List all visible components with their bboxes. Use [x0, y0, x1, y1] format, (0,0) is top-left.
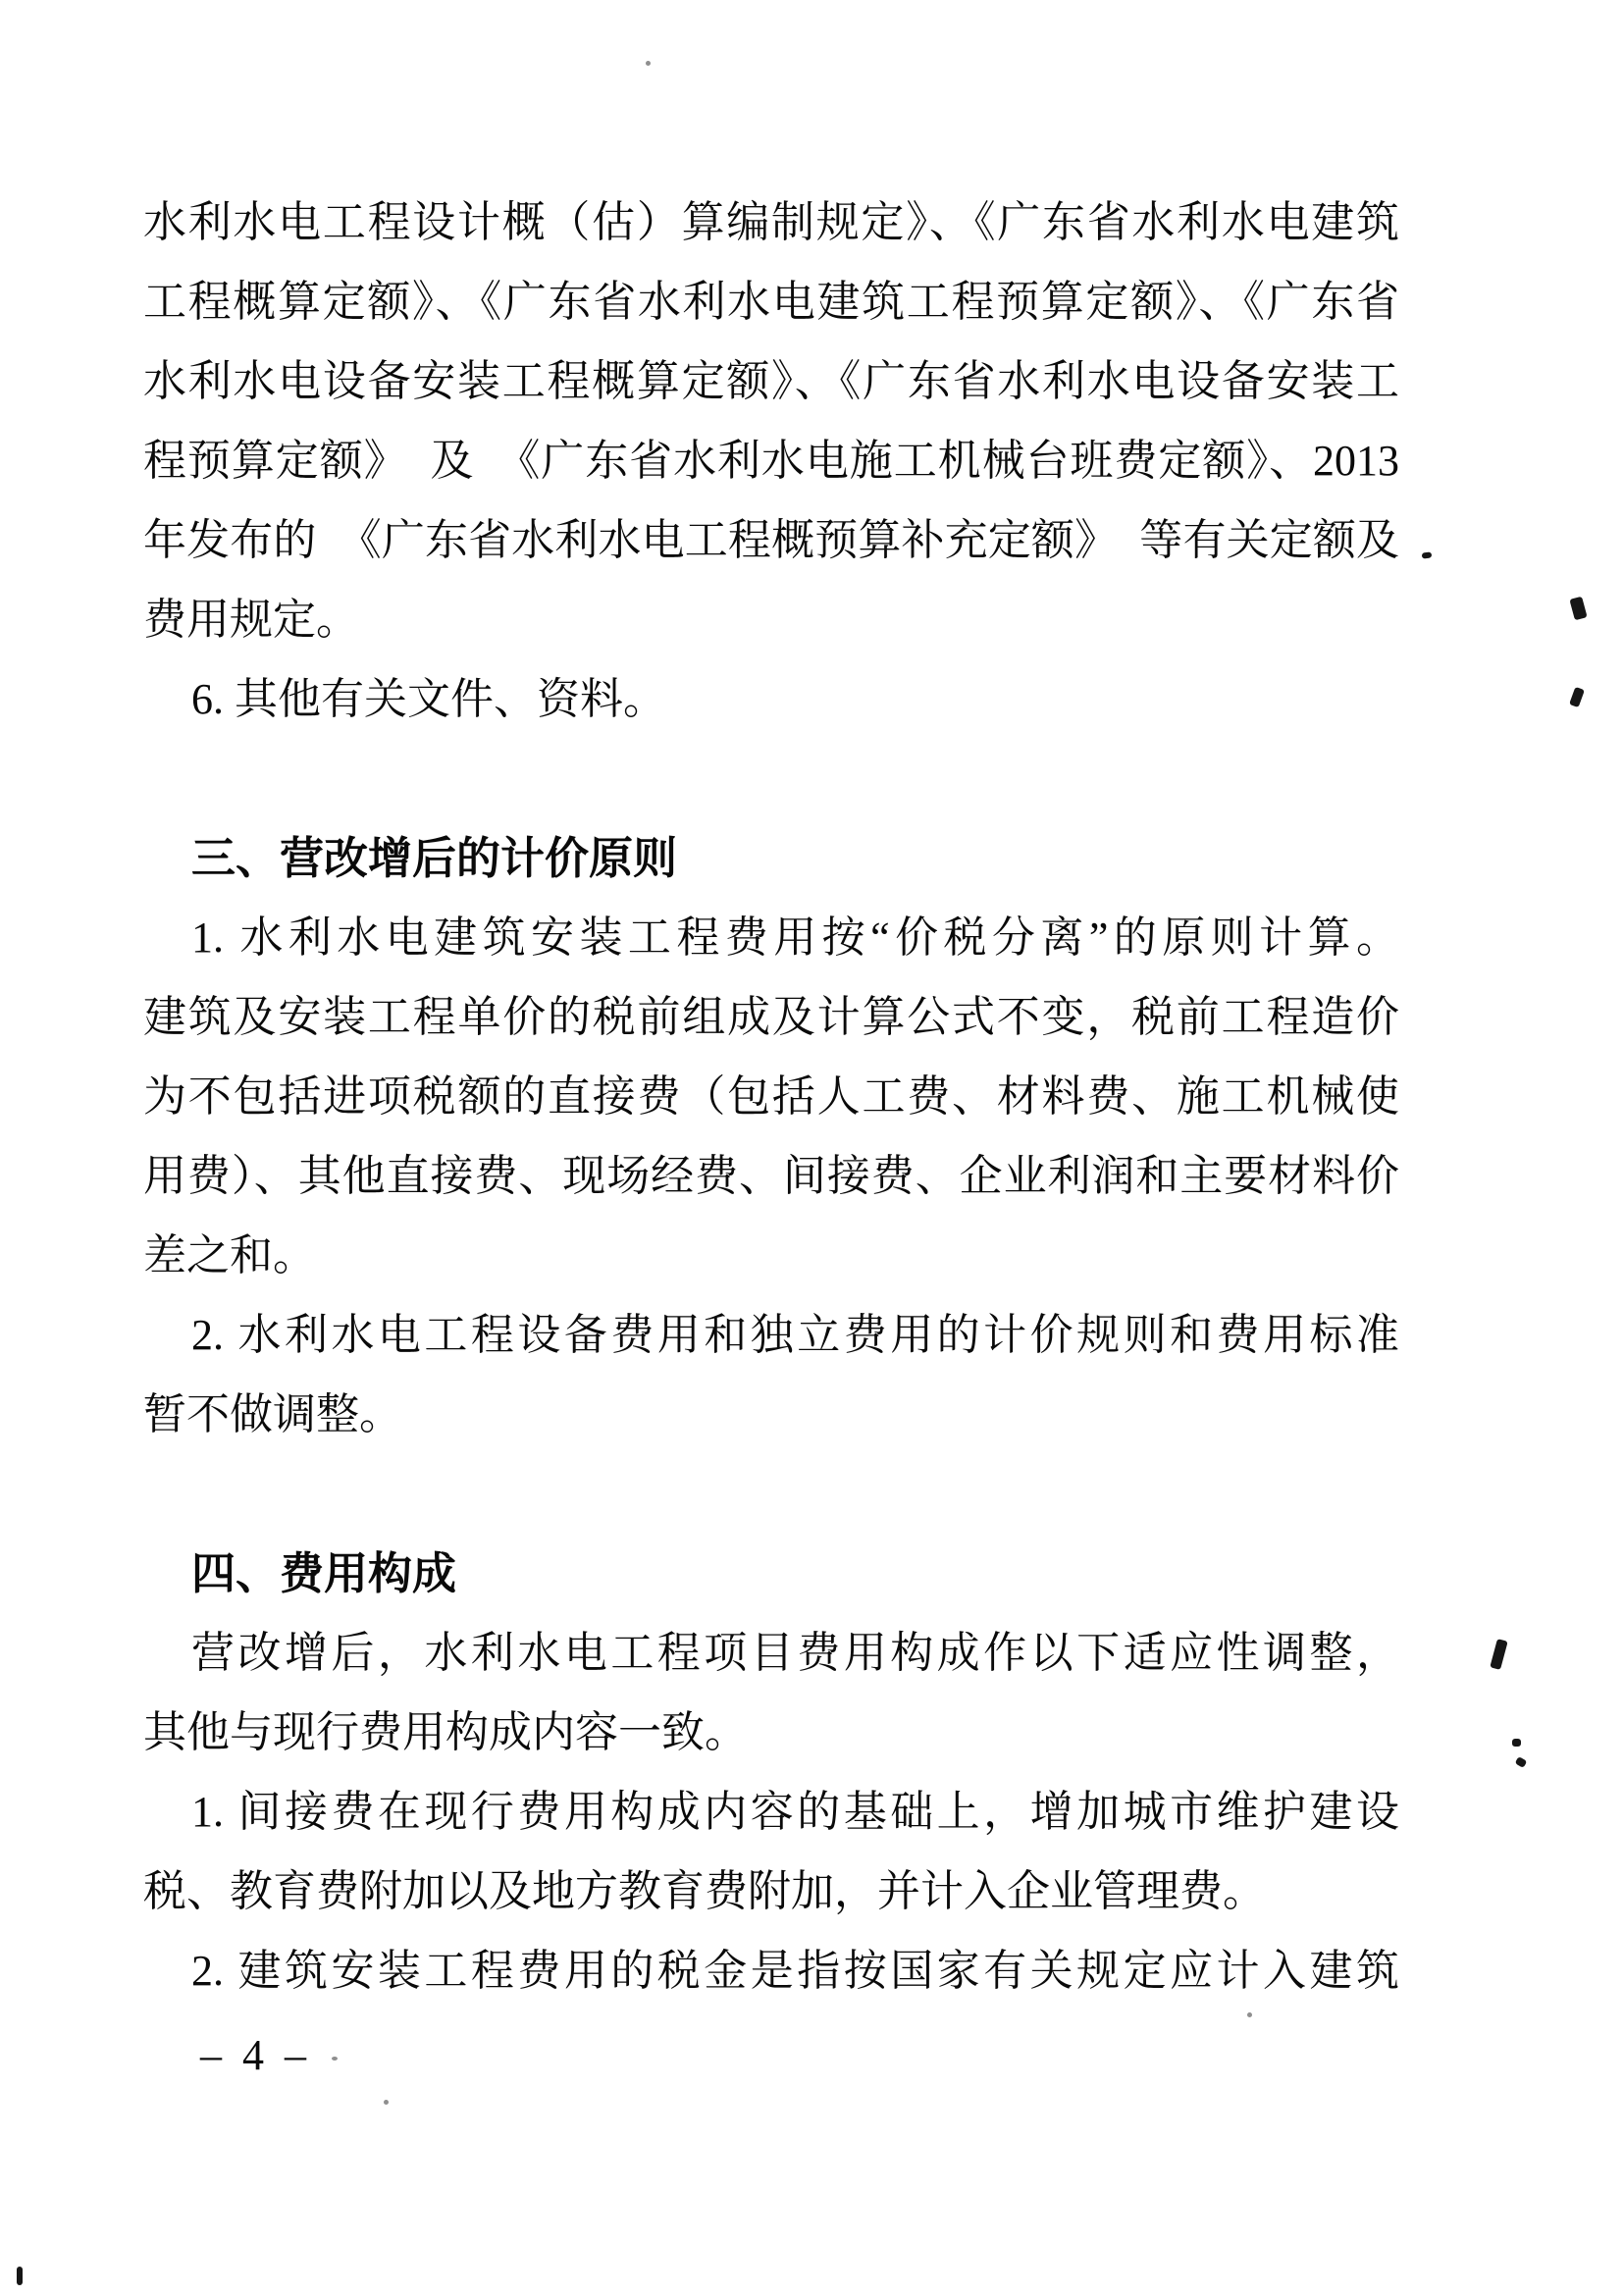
scan-speck: [1569, 687, 1585, 707]
scan-speck: [646, 61, 651, 66]
text-line: 2. 水利水电工程设备费用和独立费用的计价规则和费用标准: [143, 1295, 1399, 1375]
text-line: 水利水电工程设计概（估）算编制规定》、《广东省水利水电建筑: [143, 183, 1399, 262]
scan-speck: [384, 2100, 389, 2105]
document-text-block: 水利水电工程设计概（估）算编制规定》、《广东省水利水电建筑工程概算定额》、《广东…: [143, 183, 1399, 2010]
text-line: 用费）、其他直接费、现场经费、间接费、企业利润和主要材料价: [143, 1136, 1399, 1216]
scan-speck: [1247, 2012, 1252, 2017]
scan-speck: [1569, 597, 1587, 621]
text-line: 其他与现行费用构成内容一致。: [143, 1693, 1399, 1772]
text-line: 1. 水利水电建筑安装工程费用按“价税分离”的原则计算。: [143, 898, 1399, 977]
document-page: 水利水电工程设计概（估）算编制规定》、《广东省水利水电建筑工程概算定额》、《广东…: [0, 0, 1623, 2296]
text-line: 1. 间接费在现行费用构成内容的基础上，增加城市维护建设: [143, 1772, 1399, 1852]
text-line: 程预算定额》 及 《广东省水利水电施工机械台班费定额》、2013: [143, 421, 1399, 500]
text-line: 年发布的 《广东省水利水电工程概预算补充定额》 等有关定额及: [143, 500, 1399, 580]
text-line: 2. 建筑安装工程费用的税金是指按国家有关规定应计入建筑: [143, 1931, 1399, 2010]
text-line: 6. 其他有关文件、资料。: [143, 659, 1399, 739]
text-line: 水利水电设备安装工程概算定额》、《广东省水利水电设备安装工: [143, 341, 1399, 421]
scan-speck: [1512, 1739, 1521, 1747]
scan-speck: [17, 2267, 23, 2285]
page-number: – 4 –: [200, 2023, 311, 2088]
text-line: 费用规定。: [143, 580, 1399, 659]
text-line: 建筑及安装工程单价的税前组成及计算公式不变，税前工程造价: [143, 977, 1399, 1057]
scan-speck: [1490, 1639, 1507, 1670]
text-line: 暂不做调整。: [143, 1375, 1399, 1454]
scan-speck: [1422, 551, 1433, 558]
scan-speck: [332, 2057, 338, 2061]
section-heading: 四、费用构成: [143, 1534, 1399, 1613]
text-line: 为不包括进项税额的直接费（包括人工费、材料费、施工机械使: [143, 1057, 1399, 1136]
text-line: 营改增后，水利水电工程项目费用构成作以下适应性调整，: [143, 1613, 1399, 1693]
text-line: 工程概算定额》、《广东省水利水电建筑工程预算定额》、《广东省: [143, 262, 1399, 341]
text-line: 税、教育费附加以及地方教育费附加，并计入企业管理费。: [143, 1852, 1399, 1931]
section-heading: 三、营改增后的计价原则: [143, 818, 1399, 898]
text-line: 差之和。: [143, 1216, 1399, 1295]
scan-speck: [1515, 1756, 1528, 1768]
